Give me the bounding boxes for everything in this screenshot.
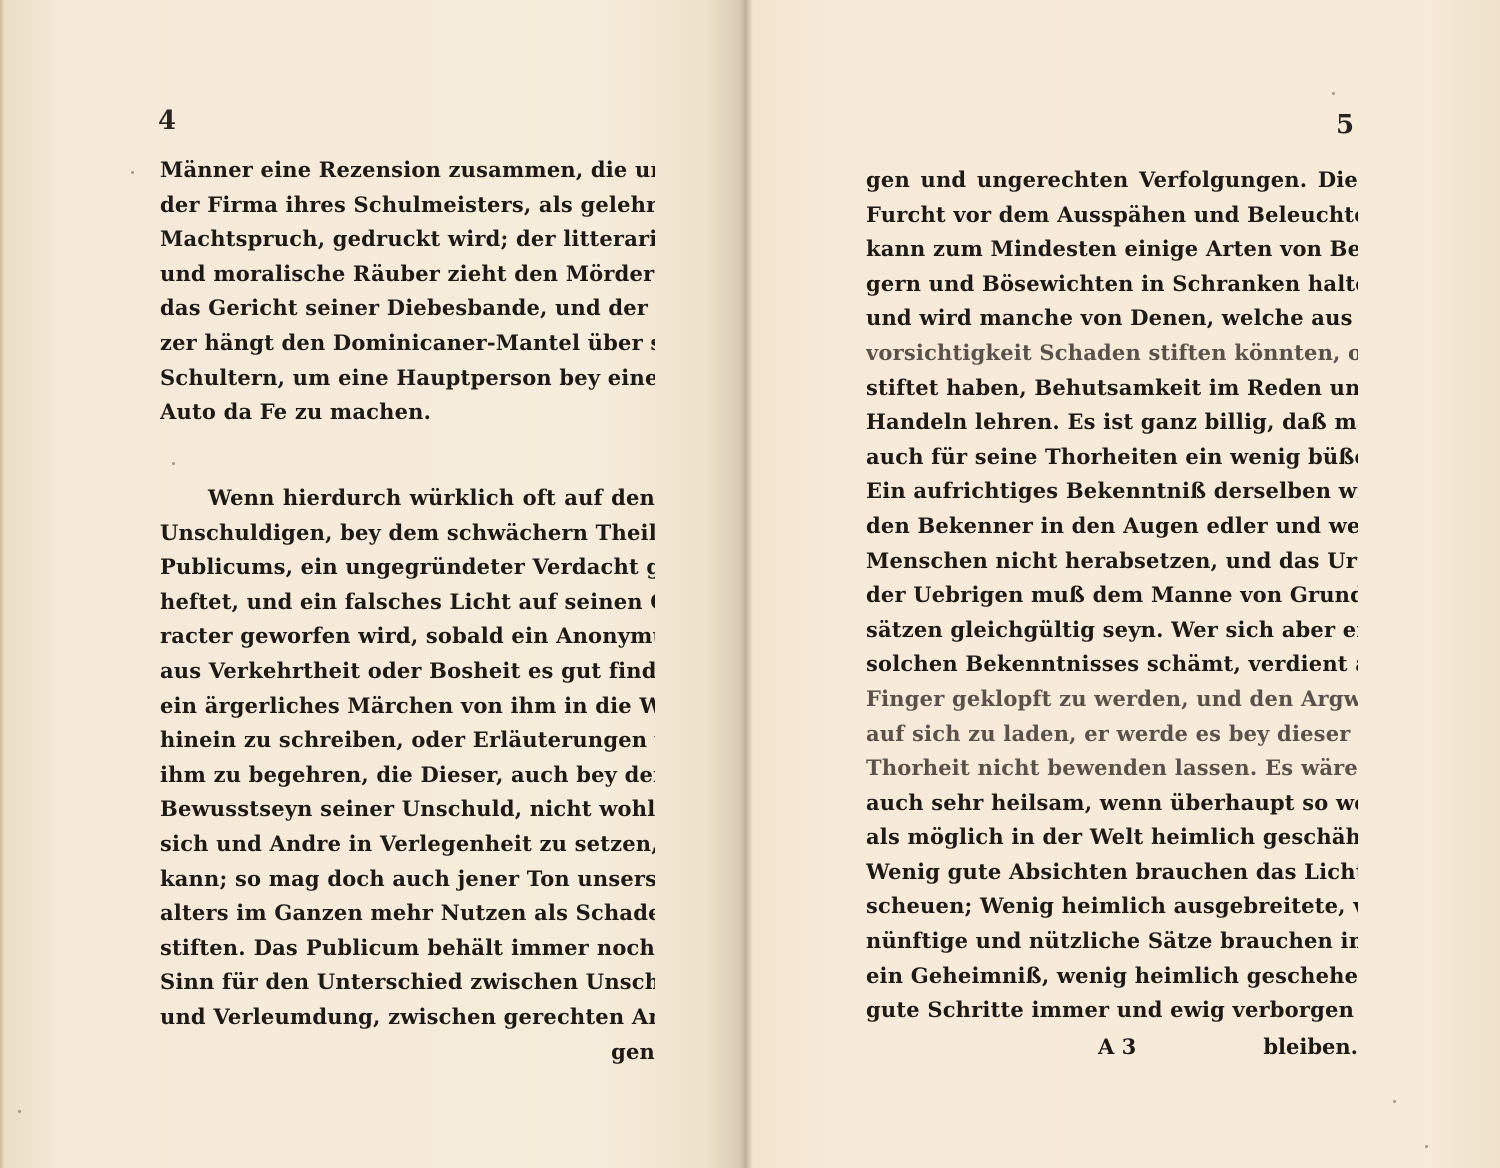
- catchword: gen: [160, 1035, 655, 1070]
- page-edge: [0, 0, 4, 1168]
- text-line: zer hängt den Dominicaner-Mantel über se…: [160, 326, 655, 361]
- text-line: ihm zu begehren, die Dieser, auch bey de…: [160, 758, 655, 793]
- text-line: stiftet haben, Behutsamkeit im Reden und: [866, 371, 1358, 406]
- paper-speck: [131, 171, 134, 174]
- text-line: hinein zu schreiben, oder Erläuterungen …: [160, 723, 655, 758]
- paragraph-1: Männer eine Rezension zusammen, die unte…: [160, 153, 655, 430]
- paper-speck: [172, 462, 175, 465]
- text-line: und wird manche von Denen, welche aus Un…: [866, 301, 1358, 336]
- text-line: als möglich in der Welt heimlich geschäh…: [866, 820, 1358, 855]
- paper-speck: [1393, 1100, 1396, 1103]
- text-line: und Verleumdung, zwischen gerechten Ankl…: [160, 1000, 655, 1035]
- text-line: Wenn hierdurch würklich oft auf den: [160, 481, 655, 516]
- page-number: 5: [1336, 110, 1354, 140]
- text-line: und moralische Räuber zieht den Mörder v…: [160, 257, 655, 292]
- text-line: ein ärgerliches Märchen von ihm in die W…: [160, 689, 655, 724]
- text-line: auch sehr heilsam, wenn überhaupt so wen…: [866, 786, 1358, 821]
- text-line: Unschuldigen, bey dem schwächern Theile …: [160, 516, 655, 551]
- text-line: sätzen gleichgültig seyn. Wer sich aber …: [866, 613, 1358, 648]
- text-line: heftet, und ein falsches Licht auf seine…: [160, 585, 655, 620]
- text-line: Sinn für den Unterschied zwischen Unschu…: [160, 965, 655, 1000]
- left-page: 4 Männer eine Rezension zusammen, die un…: [0, 0, 745, 1168]
- text-line: gen und ungerechten Verfolgungen. Die: [866, 163, 1358, 198]
- text-line: ein Geheimniß, wenig heimlich geschehene: [866, 959, 1358, 994]
- text-line: scheuen; Wenig heimlich ausgebreitete, v…: [866, 889, 1358, 924]
- text-line: der Uebrigen muß dem Manne von Grund-: [866, 578, 1358, 613]
- text-line: kann zum Mindesten einige Arten von Betr…: [866, 232, 1358, 267]
- text-line: stiften. Das Publicum behält immer noch: [160, 931, 655, 966]
- text-line: Publicums, ein ungegründeter Verdacht ge…: [160, 550, 655, 585]
- catchword: bleiben.: [1263, 1030, 1358, 1064]
- paper-speck: [1425, 1145, 1428, 1148]
- text-line: der Firma ihres Schulmeisters, als geleh…: [160, 188, 655, 223]
- text-line: Auto da Fe zu machen.: [160, 395, 655, 430]
- text-line: Menschen nicht herabsetzen, und das Urth…: [866, 544, 1358, 579]
- text-line: Bewusstseyn seiner Unschuld, nicht wohl,…: [160, 792, 655, 827]
- text-line: solchen Bekenntnisses schämt, verdient a…: [866, 647, 1358, 682]
- text-line: Thorheit nicht bewenden lassen. Es wäre: [866, 751, 1358, 786]
- text-line: alters im Ganzen mehr Nutzen als Schaden: [160, 896, 655, 931]
- text-line: racter geworfen wird, sobald ein Anonymu…: [160, 619, 655, 654]
- text-line: das Gericht seiner Diebesbande, und der …: [160, 291, 655, 326]
- signature-mark: A 3: [1098, 1030, 1136, 1064]
- right-page-text: gen und ungerechten Verfolgungen. Die Fu…: [866, 163, 1358, 1028]
- text-line: den Bekenner in den Augen edler und weis…: [866, 509, 1358, 544]
- paper-speck: [1332, 92, 1335, 95]
- text-line: Schultern, um eine Hauptperson bey einem: [160, 361, 655, 396]
- text-line: auf sich zu laden, er werde es bey diese…: [866, 717, 1358, 752]
- text-line: gute Schritte immer und ewig verborgen z…: [866, 993, 1358, 1028]
- paragraph-2: Wenn hierdurch würklich oft auf den Unsc…: [160, 481, 655, 1069]
- text-line: Furcht vor dem Ausspähen und Beleuchten: [866, 198, 1358, 233]
- page-number: 4: [158, 106, 176, 136]
- text-line: kann; so mag doch auch jener Ton unsers …: [160, 862, 655, 897]
- text-line: vorsichtigkeit Schaden stiften könnten, …: [866, 336, 1358, 371]
- text-line: Machtspruch, gedruckt wird; der litterar…: [160, 222, 655, 257]
- text-line: Handeln lehren. Es ist ganz billig, daß …: [866, 405, 1358, 440]
- text-line: aus Verkehrtheit oder Bosheit es gut fin…: [160, 654, 655, 689]
- text-line: Männer eine Rezension zusammen, die unte…: [160, 153, 655, 188]
- text-line: Ein aufrichtiges Bekenntniß derselben wi…: [866, 474, 1358, 509]
- paper-speck: [18, 1110, 21, 1113]
- text-line: Finger geklopft zu werden, und den Argwo…: [866, 682, 1358, 717]
- text-line: Wenig gute Absichten brauchen das Licht …: [866, 855, 1358, 890]
- text-line: auch für seine Thorheiten ein wenig büße…: [866, 440, 1358, 475]
- page-footer: A 3 bleiben.: [866, 1030, 1358, 1064]
- text-line: sich und Andre in Verlegenheit zu setzen…: [160, 827, 655, 862]
- text-line: nünftige und nützliche Sätze brauchen im…: [866, 924, 1358, 959]
- text-line: gern und Bösewichten in Schranken halten…: [866, 267, 1358, 302]
